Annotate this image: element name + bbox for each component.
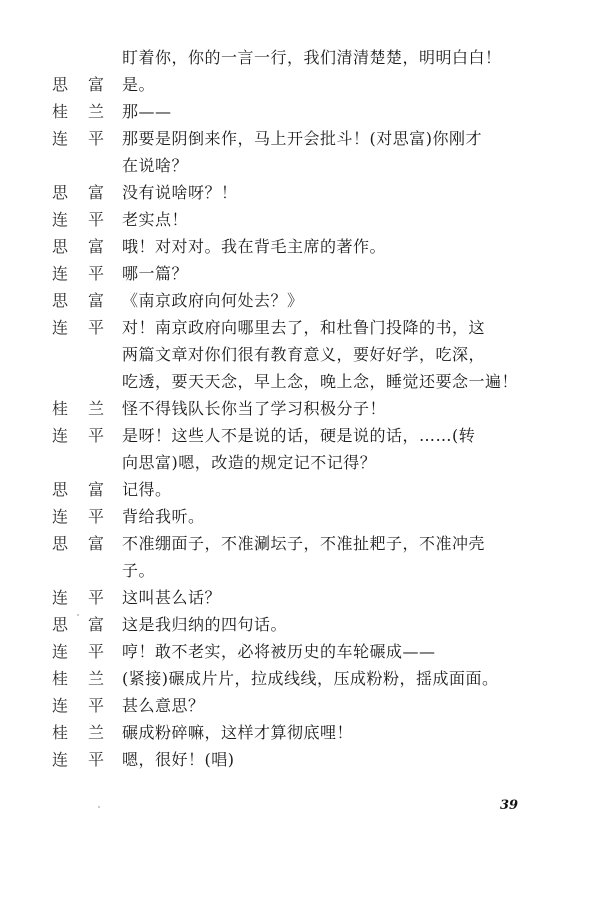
speaker-char-1: 连 bbox=[50, 422, 70, 449]
speaker-char-2: 平 bbox=[86, 503, 106, 530]
speaker-char-2: 富 bbox=[86, 530, 106, 557]
dialogue-line: 连 平 这叫甚么话？ bbox=[50, 584, 530, 611]
speaker-char-2: 富 bbox=[86, 179, 106, 206]
dialogue-line: 连 平 嗯，很好！(唱) bbox=[50, 746, 530, 773]
dialogue-text: 子。 bbox=[122, 557, 155, 584]
speaker-char-2: 富 bbox=[86, 611, 106, 638]
speaker-char-2: 兰 bbox=[86, 98, 106, 125]
speaker-char-2: 平 bbox=[86, 260, 106, 287]
dialogue-text: 背给我听。 bbox=[122, 503, 205, 530]
dialogue-text: 是。 bbox=[122, 71, 155, 98]
dialogue-text: 《南京政府向何处去？》 bbox=[122, 287, 304, 314]
speaker-char-2: 兰 bbox=[86, 395, 106, 422]
speaker-char-2: 平 bbox=[86, 584, 106, 611]
dialogue-text: 那—— bbox=[122, 98, 172, 125]
speaker-char-1: 思 bbox=[50, 476, 70, 503]
speaker-char-1: 连 bbox=[50, 206, 70, 233]
dialogue-text: 两篇文章对你们很有教育意义，要好好学，吃深， bbox=[122, 341, 485, 368]
dialogue-text: 碾成粉碎嘛，这样才算彻底哩！ bbox=[122, 719, 353, 746]
speaker-char-1: 桂 bbox=[50, 98, 70, 125]
dialogue-line: 连 平 是呀！这些人不是说的话，硬是说的话，……(转 bbox=[50, 422, 530, 449]
speaker-char-1: 桂 bbox=[50, 665, 70, 692]
speaker-char-2: 平 bbox=[86, 638, 106, 665]
dialogue-text: 哪一篇？ bbox=[122, 260, 188, 287]
speaker-char-2: 平 bbox=[86, 422, 106, 449]
dialogue-text: 这是我归纳的四句话。 bbox=[122, 611, 287, 638]
dialogue-text: 对！南京政府向哪里去了，和杜鲁门投降的书，这 bbox=[122, 314, 485, 341]
speaker-char-1: 思 bbox=[50, 233, 70, 260]
speaker-char-2: 平 bbox=[86, 692, 106, 719]
speaker-char-2: 富 bbox=[86, 287, 106, 314]
dialogue-line: 吃透，要天天念，早上念，晚上念，睡觉还要念一遍！ bbox=[50, 368, 530, 395]
speaker-char-2: 富 bbox=[86, 476, 106, 503]
dialogue-text: 在说啥？ bbox=[122, 152, 188, 179]
dialogue-text: 记得。 bbox=[122, 476, 172, 503]
dialogue-line: 子。 bbox=[50, 557, 530, 584]
dialogue-text: (紧接)碾成片片，拉成线线，压成粉粉，揺成面面。 bbox=[122, 665, 499, 692]
dialogue-text: 嗯，很好！(唱) bbox=[122, 746, 235, 773]
dialogue-line: 向思富)嗯，改造的规定记不记得？ bbox=[50, 449, 530, 476]
dialogue-text: 甚么意思？ bbox=[122, 692, 205, 719]
dialogue-line: 思 富 记得。 bbox=[50, 476, 530, 503]
speaker-char-1: 连 bbox=[50, 260, 70, 287]
speaker-char-1: 桂 bbox=[50, 719, 70, 746]
dialogue-line: 桂 兰 (紧接)碾成片片，拉成线线，压成粉粉，揺成面面。 bbox=[50, 665, 530, 692]
speaker-char-2: 平 bbox=[86, 314, 106, 341]
dialogue-line: 连 平 老实点！ bbox=[50, 206, 530, 233]
speaker-char-2: 平 bbox=[86, 746, 106, 773]
dialogue-line: 连 平 背给我听。 bbox=[50, 503, 530, 530]
dialogue-text: 哼！敢不老实，必将被历史的车轮碾成—— bbox=[122, 638, 436, 665]
speaker-char-1: 思 bbox=[50, 287, 70, 314]
speaker-char-1: 连 bbox=[50, 638, 70, 665]
dialogue-text: 不准绷面子，不准涮坛子，不准扯耙子，不准冲壳 bbox=[122, 530, 485, 557]
dialogue-line: 思 富 哦！对对对。我在背毛主席的著作。 bbox=[50, 233, 530, 260]
speaker-char-1: 思 bbox=[50, 530, 70, 557]
dialogue-text: 吃透，要天天念，早上念，晚上念，睡觉还要念一遍！ bbox=[122, 368, 518, 395]
speaker-char-1: 连 bbox=[50, 584, 70, 611]
speaker-char-2: 富 bbox=[86, 233, 106, 260]
dialogue-line: 桂 兰 那—— bbox=[50, 98, 530, 125]
dialogue-line: 桂 兰 碾成粉碎嘛，这样才算彻底哩！ bbox=[50, 719, 530, 746]
dialogue-line: 思 富 《南京政府向何处去？》 bbox=[50, 287, 530, 314]
speaker-char-2: 平 bbox=[86, 206, 106, 233]
dialogue-text: 向思富)嗯，改造的规定记不记得？ bbox=[122, 449, 376, 476]
script-page: 盯着你，你的一言一行，我们清清楚楚，明明白白！ 思 富 是。 桂 兰 那—— 连… bbox=[0, 0, 601, 916]
print-speck bbox=[77, 614, 79, 616]
dialogue-line: 思 富 是。 bbox=[50, 71, 530, 98]
dialogue-line: 连 平 对！南京政府向哪里去了，和杜鲁门投降的书，这 bbox=[50, 314, 530, 341]
dialogue-text: 这叫甚么话？ bbox=[122, 584, 221, 611]
speaker-char-1: 连 bbox=[50, 125, 70, 152]
speaker-char-1: 连 bbox=[50, 314, 70, 341]
speaker-char-2: 兰 bbox=[86, 719, 106, 746]
dialogue-line: 两篇文章对你们很有教育意义，要好好学，吃深， bbox=[50, 341, 530, 368]
speaker-char-1: 桂 bbox=[50, 395, 70, 422]
dialogue-text: 哦！对对对。我在背毛主席的著作。 bbox=[122, 233, 386, 260]
dialogue-line: 思 富 没有说啥呀？！ bbox=[50, 179, 530, 206]
speaker-char-2: 平 bbox=[86, 125, 106, 152]
dialogue-text: 那要是阴倒来作，马上开会批斗！(对思富)你刚才 bbox=[122, 125, 482, 152]
dialogue-line: 在说啥？ bbox=[50, 152, 530, 179]
dialogue-line: 连 平 那要是阴倒来作，马上开会批斗！(对思富)你刚才 bbox=[50, 125, 530, 152]
page-number: 39 bbox=[500, 798, 518, 813]
dialogue-block: 盯着你，你的一言一行，我们清清楚楚，明明白白！ 思 富 是。 桂 兰 那—— 连… bbox=[50, 44, 530, 773]
dialogue-text: 怪不得钱队长你当了学习积极分子！ bbox=[122, 395, 386, 422]
speaker-char-2: 富 bbox=[86, 71, 106, 98]
dialogue-line: 连 平 哼！敢不老实，必将被历史的车轮碾成—— bbox=[50, 638, 530, 665]
speaker-char-1: 思 bbox=[50, 611, 70, 638]
dialogue-line: 连 平 甚么意思？ bbox=[50, 692, 530, 719]
print-speck bbox=[98, 806, 100, 808]
dialogue-text: 是呀！这些人不是说的话，硬是说的话，……(转 bbox=[122, 422, 475, 449]
dialogue-line: 思 富 这是我归纳的四句话。 bbox=[50, 611, 530, 638]
dialogue-text: 老实点！ bbox=[122, 206, 188, 233]
speaker-char-2: 兰 bbox=[86, 665, 106, 692]
dialogue-text: 没有说啥呀？！ bbox=[122, 179, 238, 206]
speaker-char-1: 连 bbox=[50, 746, 70, 773]
dialogue-line: 盯着你，你的一言一行，我们清清楚楚，明明白白！ bbox=[50, 44, 530, 71]
speaker-char-1: 思 bbox=[50, 179, 70, 206]
speaker-char-1: 连 bbox=[50, 503, 70, 530]
dialogue-line: 桂 兰 怪不得钱队长你当了学习积极分子！ bbox=[50, 395, 530, 422]
speaker-char-1: 思 bbox=[50, 71, 70, 98]
dialogue-line: 思 富 不准绷面子，不准涮坛子，不准扯耙子，不准冲壳 bbox=[50, 530, 530, 557]
dialogue-text: 盯着你，你的一言一行，我们清清楚楚，明明白白！ bbox=[122, 44, 502, 71]
speaker-char-1: 连 bbox=[50, 692, 70, 719]
dialogue-line: 连 平 哪一篇？ bbox=[50, 260, 530, 287]
